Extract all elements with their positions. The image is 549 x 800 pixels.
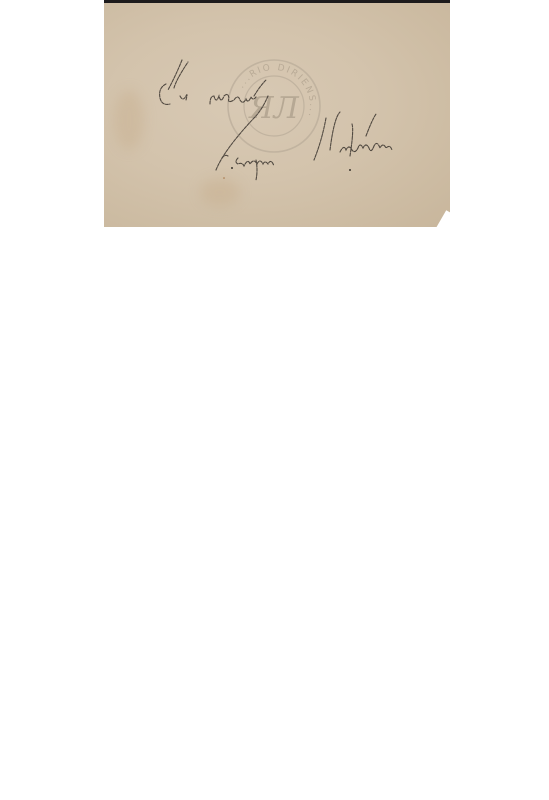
blank-page-area	[0, 227, 549, 800]
scanned-card: ...RIO DIRIENS... ЯЛ Тів ucoro Л	[104, 0, 450, 227]
handwriting	[104, 0, 450, 227]
